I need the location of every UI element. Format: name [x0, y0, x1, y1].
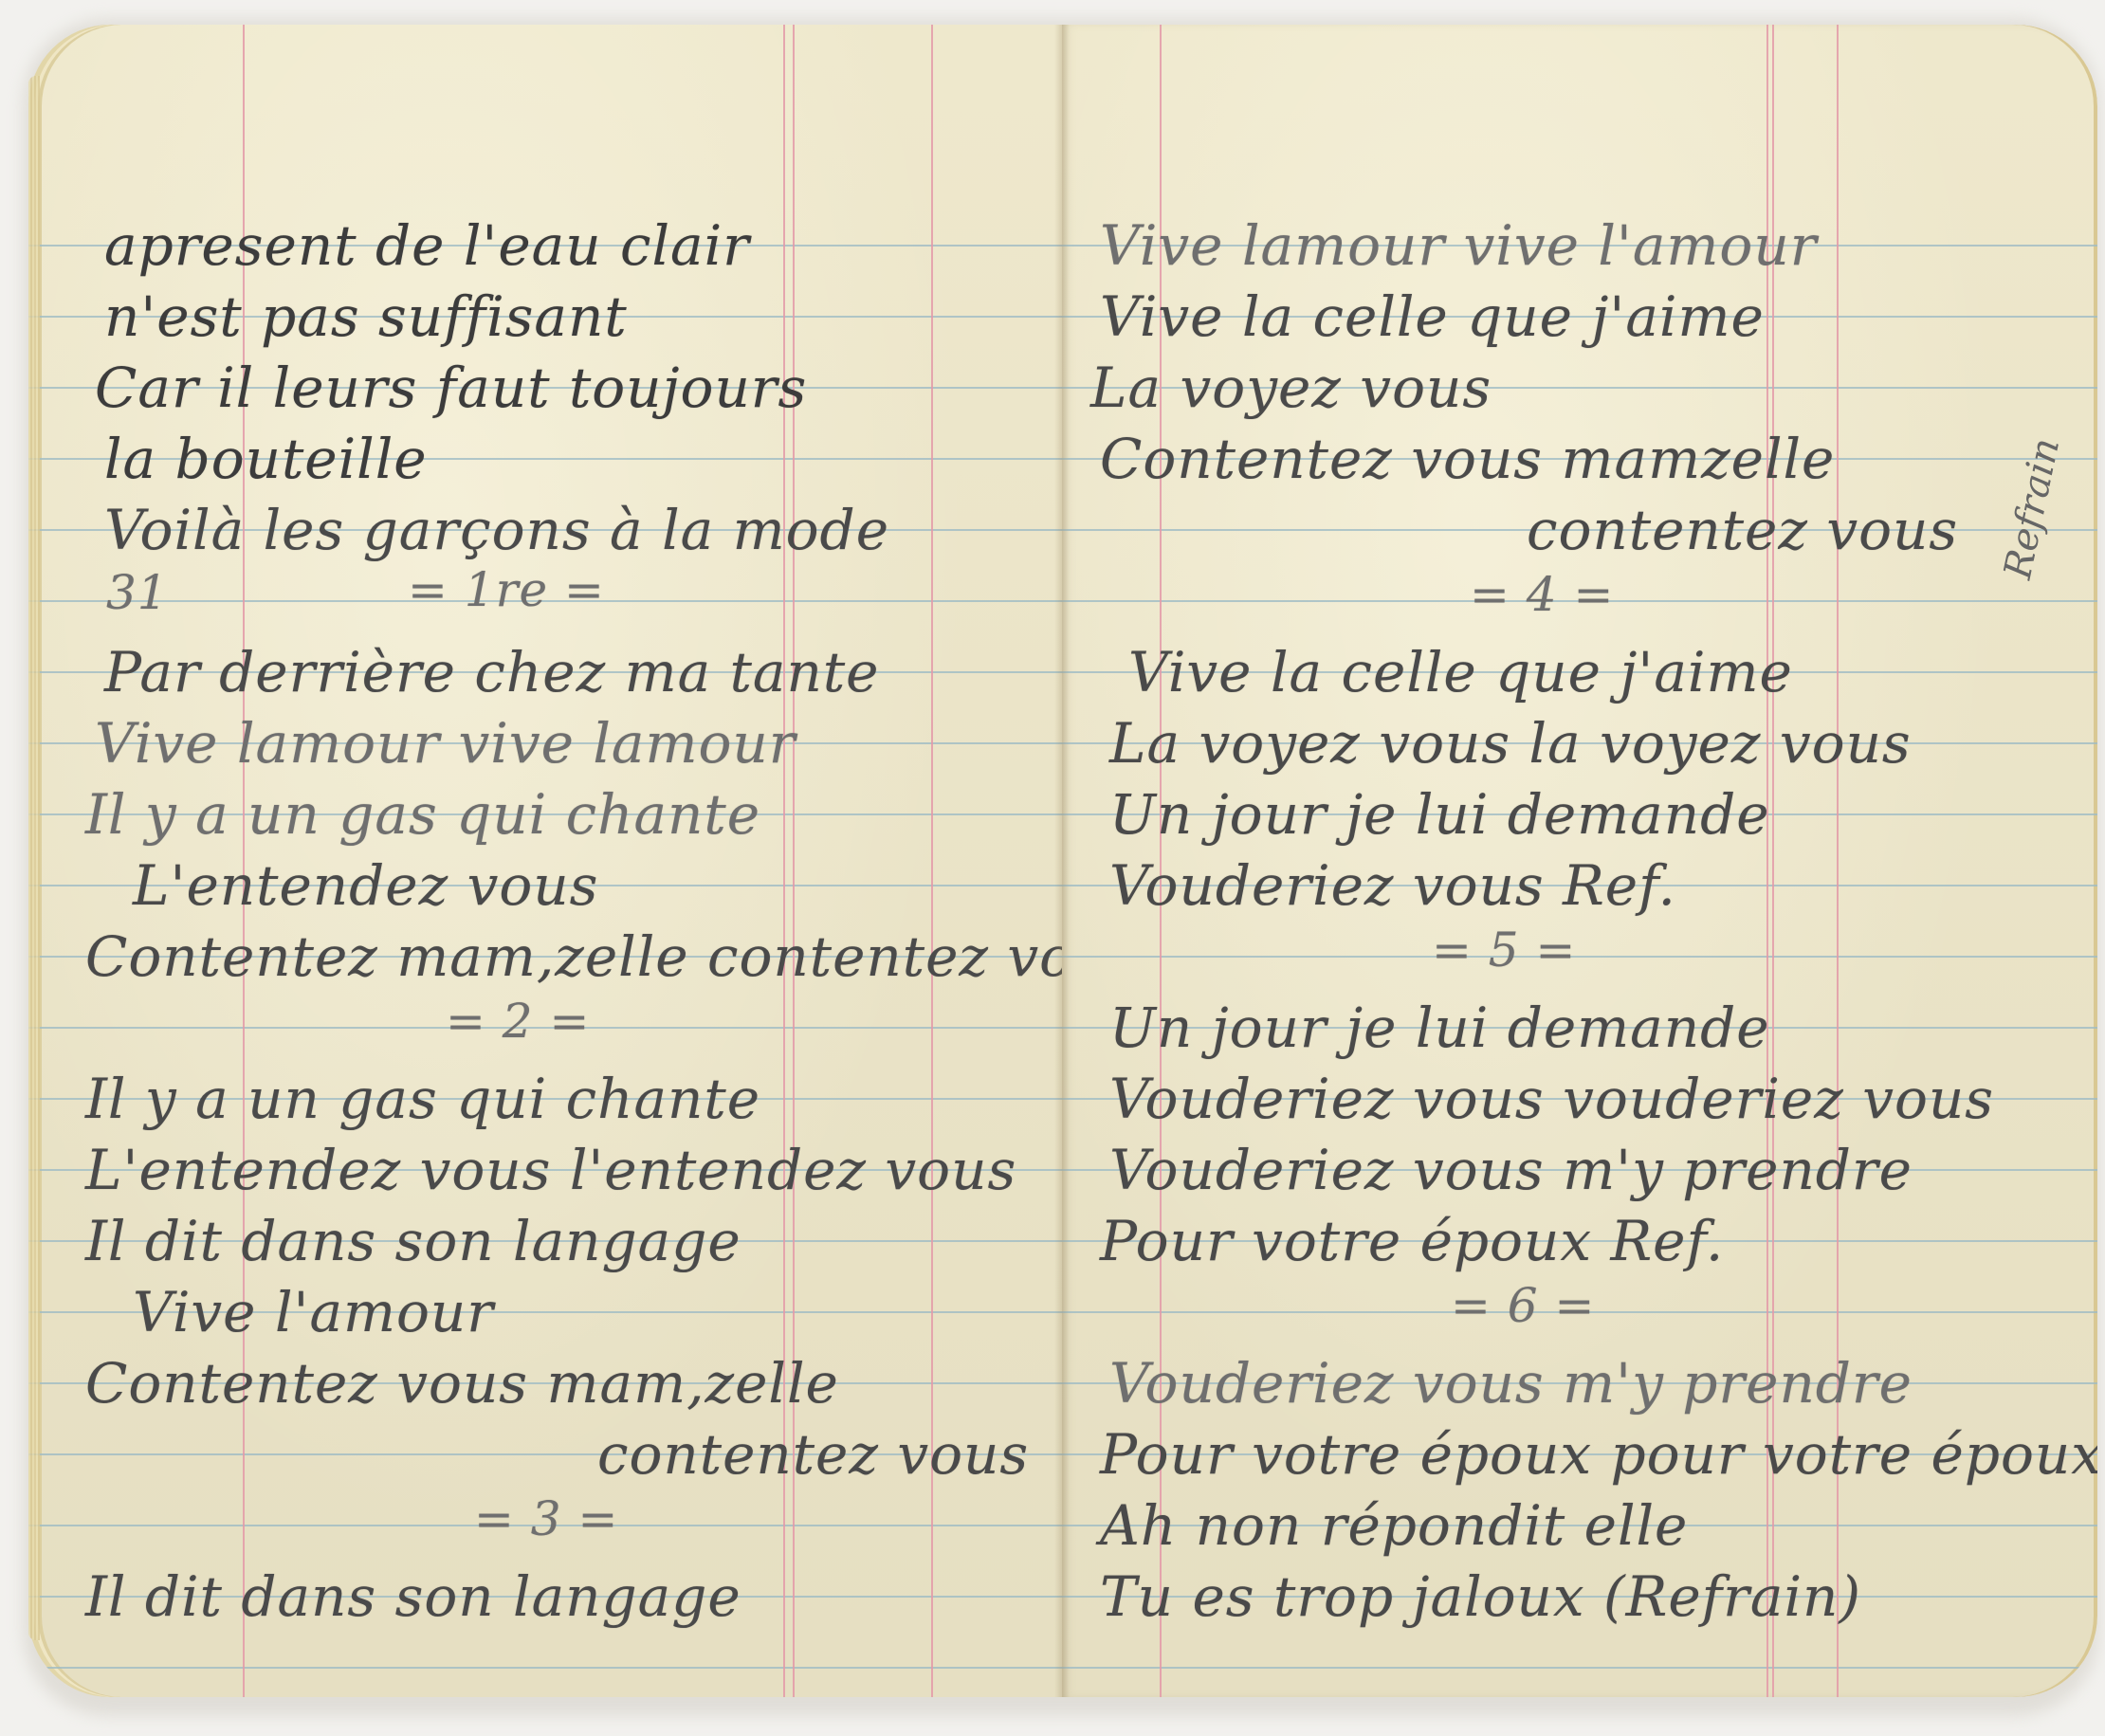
handwritten-line: Voilà les garçons à la mode [104, 503, 889, 557]
handwritten-line: L'entendez vous l'entendez vous [85, 1142, 1016, 1197]
handwritten-line: Contentez vous mam,zelle [85, 1356, 839, 1411]
ruled-line [1062, 956, 2097, 958]
handwritten-line: Vive la celle que j'aime [1128, 645, 1793, 700]
left-page: apresent de l'eau clairn'est pas suffisa… [28, 25, 1062, 1697]
handwritten-line: Contentez mam,zelle contentez vous [85, 929, 1062, 984]
handwritten-line: Vive la celle que j'aime [1100, 289, 1765, 344]
ruled-line [28, 1667, 1062, 1669]
verse-number: = 6 = [1451, 1282, 1595, 1329]
handwritten-line: la bouteille [104, 431, 428, 486]
handwritten-line: Par derrière chez ma tante [104, 645, 879, 700]
handwritten-line: L'entendez vous [133, 858, 598, 913]
refrain-side-note: Refrain [1996, 434, 2068, 582]
handwritten-line: Pour votre époux Ref. [1100, 1214, 1724, 1269]
handwritten-line: contentez vous [1527, 503, 1958, 557]
handwritten-line: La voyez vous [1090, 360, 1492, 415]
page-edge-stack [28, 76, 40, 1640]
handwritten-line: Car il leurs faut toujours [95, 360, 807, 415]
handwritten-line: Tu es trop jaloux (Refrain) [1100, 1569, 1861, 1624]
handwritten-line: La voyez vous la voyez vous [1109, 716, 1912, 771]
handwritten-line: n'est pas suffisant [104, 289, 628, 344]
handwritten-line: Il dit dans son langage [85, 1569, 741, 1624]
handwritten-line: Vouderiez vous m'y prendre [1109, 1142, 1913, 1197]
verse-number: = 4 = [1470, 571, 1614, 618]
handwritten-line: Un jour je lui demande [1109, 1000, 1770, 1055]
handwritten-line: Pour votre époux pour votre époux [1100, 1427, 2097, 1482]
verse-number: = 5 = [1432, 926, 1576, 974]
ruled-line [1062, 1667, 2097, 1669]
handwritten-line: Vouderiez vous Ref. [1109, 858, 1676, 913]
handwritten-line: Il y a un gas qui chante [85, 787, 760, 842]
verse-number: = 1re = [408, 566, 605, 613]
right-page: Vive lamour vive l'amourVive la celle qu… [1062, 25, 2097, 1697]
handwritten-line: Il dit dans son langage [85, 1214, 741, 1269]
handwritten-line: Un jour je lui demande [1109, 787, 1770, 842]
verse-number: = 2 = [446, 997, 590, 1045]
handwritten-line: Vouderiez vous m'y prendre [1109, 1356, 1913, 1411]
verse-number: = 3 = [474, 1495, 618, 1543]
handwritten-line: Ah non répondit elle [1100, 1498, 1688, 1553]
verse-number: 31 [106, 569, 169, 616]
handwritten-line: Vive l'amour [133, 1285, 494, 1340]
handwritten-line: contentez vous [597, 1427, 1029, 1482]
notebook-gutter [1054, 25, 1070, 1697]
handwritten-line: Vouderiez vous vouderiez vous [1109, 1071, 1994, 1126]
handwritten-line: apresent de l'eau clair [104, 218, 750, 273]
handwritten-line: Vive lamour vive lamour [95, 716, 796, 771]
handwritten-line: Il y a un gas qui chante [85, 1071, 760, 1126]
handwritten-line: Vive lamour vive l'amour [1100, 218, 1817, 273]
handwritten-line: Contentez vous mamzelle [1100, 431, 1835, 486]
